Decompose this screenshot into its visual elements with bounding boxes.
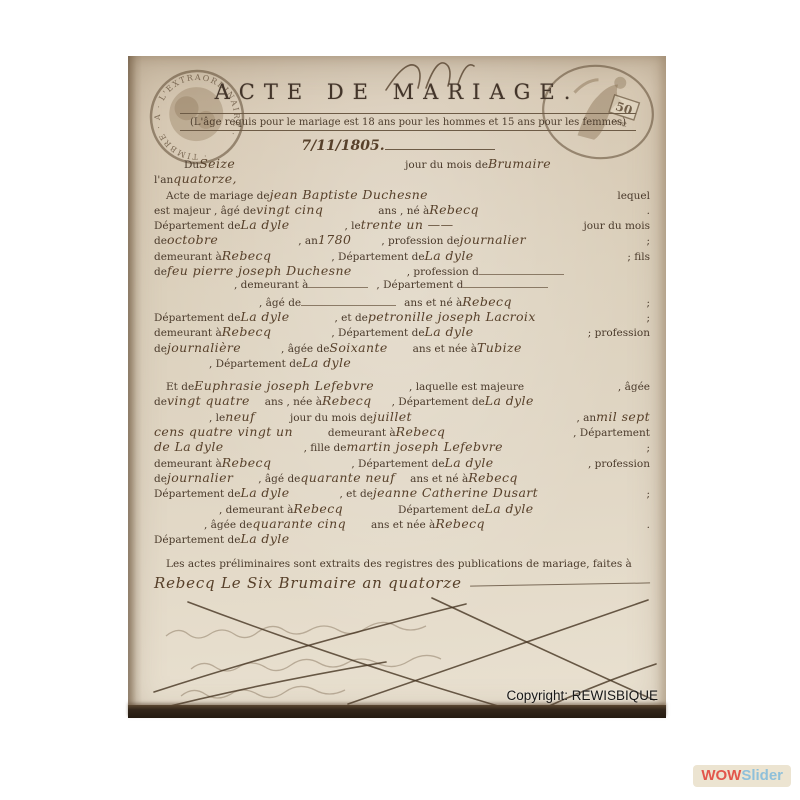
document-line: , Département de La dyle [154, 355, 650, 370]
document-lines: Du Seizejour du mois de Brumairel'an qua… [154, 156, 650, 598]
printed-text: , fille de [304, 441, 347, 456]
document-line: demeurant à Rebecq, Département de La dy… [154, 455, 650, 470]
copyright-label: Copyright: REWISBIQUE [506, 688, 658, 703]
printed-text: , âgée [618, 380, 650, 395]
printed-text: ; fils [627, 250, 650, 265]
document-line: de La dyle, fille de martin joseph Lefeb… [154, 439, 650, 454]
printed-text: ans , née à [265, 395, 322, 410]
handwritten-text: journalière [167, 340, 241, 355]
handwritten-text: quatorze, [173, 171, 237, 186]
handwritten-text: Brumaire [488, 156, 551, 171]
handwritten-text: jean Baptiste Duchesne [270, 187, 428, 202]
document-line: , demeurant à RebecqDépartement de La dy… [154, 501, 650, 516]
handwritten-text: neuf [225, 409, 255, 424]
handwritten-text: La dyle [241, 485, 290, 500]
blank-field [308, 278, 368, 288]
handwritten-text: La dyle [302, 355, 351, 370]
handwritten-text: Rebecq [468, 470, 518, 485]
printed-text: , profession [588, 457, 650, 472]
printed-text: , an [576, 411, 596, 426]
handwritten-text: vingt quatre [167, 393, 250, 408]
printed-text: , et de [335, 311, 368, 326]
document-line: Département de La dyle, et de petronille… [154, 309, 650, 324]
handwritten-text: Rebecq [293, 501, 343, 516]
printed-text: , demeurant à [234, 278, 308, 293]
printed-text: , Département [573, 426, 650, 441]
printed-text: Acte de mariage de [166, 189, 270, 204]
handwritten-text: 1780 [318, 232, 351, 247]
rule-line [385, 139, 495, 150]
document-line: de vingt quatreans , née à Rebecq, Dépar… [154, 393, 650, 408]
handwritten-text: La dyle [485, 393, 534, 408]
wowslider-watermark[interactable]: WOWSlider [693, 765, 791, 787]
handwritten-text: La dyle [485, 501, 534, 516]
handwritten-text: mil sept [596, 409, 650, 424]
printed-text: jour du mois de [290, 411, 373, 426]
document-line: , le neufjour du mois de juillet, an mil… [154, 409, 650, 424]
handwritten-text: La dyle [241, 309, 290, 324]
printed-text: de [154, 472, 167, 487]
handwritten-text: Seize [199, 156, 235, 171]
printed-text: de [154, 342, 167, 357]
blank-field [479, 265, 564, 275]
marriage-certificate-page: · TIMBRE · A · L'EXTRAORDINAIRE · 50 cen… [128, 56, 666, 718]
handwritten-text: quarante neuf [300, 470, 395, 485]
document-line: de journalière, âgée de Soixanteans et n… [154, 340, 650, 355]
printed-text: ans et née à [371, 518, 435, 533]
printed-text: l'an [154, 173, 173, 188]
document-line: Les actes préliminaires sont extraits de… [154, 557, 650, 572]
document-line: est majeur , âgé de vingt cinqans , né à… [154, 202, 650, 217]
printed-text: . [647, 518, 650, 533]
blank-field [301, 296, 396, 306]
handwritten-text: Euphrasie joseph Lefebvre [194, 378, 374, 393]
blank-field [463, 278, 548, 288]
printed-text: lequel [617, 189, 650, 204]
handwritten-text: journalier [167, 470, 233, 485]
handwritten-date: 7/11/1805. [238, 138, 558, 154]
printed-text: ; [646, 296, 650, 311]
printed-text: , Département de [209, 357, 302, 372]
handwritten-text: Rebecq [396, 424, 446, 439]
document-line: Département de La dyle [154, 531, 650, 546]
handwritten-text: La dyle [425, 324, 474, 339]
document-line: , âgée de quarante cinqans et née à Rebe… [154, 516, 650, 531]
handwritten-text: Tubize [477, 340, 522, 355]
document-line: , demeurant à , Département d [154, 278, 650, 293]
printed-text: , an [298, 234, 318, 249]
document-line: Département de La dyle, le trente un ——j… [154, 217, 650, 232]
printed-text: , et de [340, 487, 373, 502]
printed-text: de [154, 265, 167, 280]
handwritten-text: feu pierre joseph Duchesne [167, 263, 352, 278]
document-line: cens quatre vingt undemeurant à Rebecq, … [154, 424, 650, 439]
printed-text: . [647, 204, 650, 219]
document-line: demeurant à Rebecq, Département de La dy… [154, 248, 650, 263]
handwritten-text: Rebecq [429, 202, 479, 217]
printed-text: ; [646, 487, 650, 502]
document-line: Du Seizejour du mois de Brumaire [154, 156, 650, 171]
handwritten-text: octobre [167, 232, 218, 247]
watermark-slider-text: Slider [741, 767, 783, 784]
handwritten-text: quarante cinq [252, 516, 346, 531]
handwritten-text: juillet [373, 409, 412, 424]
document-line: Acte de mariage de jean Baptiste Duchesn… [154, 187, 650, 202]
document-line: demeurant à Rebecq, Département de La dy… [154, 324, 650, 339]
printed-text: ; [646, 234, 650, 249]
printed-text: ; profession [588, 326, 650, 341]
printed-text: ans et née à [413, 342, 477, 357]
handwritten-text: vingt cinq [256, 202, 323, 217]
document-line: de octobre, an 1780, profession de journ… [154, 232, 650, 247]
handwritten-text: La dyle [241, 217, 290, 232]
handwritten-text: petronille joseph Lacroix [368, 309, 536, 324]
handwritten-text: Rebecq [462, 294, 512, 309]
document-title: ACTE DE MARIAGE. [128, 80, 666, 104]
handwritten-text: trente un —— [361, 217, 454, 232]
handwritten-text: martin joseph Lefebvre [346, 439, 503, 454]
handwritten-text: Soixante [329, 340, 387, 355]
printed-text: , Département d [376, 278, 463, 293]
handwritten-text: jeanne Catherine Dusart [373, 485, 538, 500]
document-line: , âgé de ans et né à Rebecq; [154, 294, 650, 309]
handwritten-text: La dyle [241, 531, 290, 546]
document-line: Département de La dyle, et de jeanne Cat… [154, 485, 650, 500]
printed-text: de [154, 234, 167, 249]
document-line: l'an quatorze, [154, 171, 650, 186]
handwritten-text: Rebecq [222, 455, 272, 470]
document-line: de journalier, âgé de quarante neufans e… [154, 470, 650, 485]
printed-text: Département de [154, 533, 241, 548]
handwritten-text: de La dyle [154, 439, 224, 454]
document-line: de feu pierre joseph Duchesne, professio… [154, 263, 650, 278]
handwritten-text: La dyle [445, 455, 494, 470]
printed-text: jour du mois de [405, 158, 488, 173]
handwritten-text: cens quatre vingt un [154, 424, 293, 439]
handwritten-text: journalier [460, 232, 526, 247]
age-requirement-note: (L'âge requis pour le mariage est 18 ans… [180, 113, 636, 131]
printed-text: Les actes préliminaires sont extraits de… [166, 557, 632, 572]
printed-text: jour du mois [583, 219, 650, 234]
handwritten-text: Rebecq [222, 248, 272, 263]
printed-text: ; [646, 311, 650, 326]
handwritten-text: Rebecq [435, 516, 485, 531]
document-line: Et de Euphrasie joseph Lefebvre, laquell… [154, 378, 650, 393]
watermark-wow-text: WOW [701, 767, 741, 784]
handwritten-date-text: 7/11/1805. [301, 138, 384, 154]
printed-text: ; [646, 441, 650, 456]
handwritten-text: La dyle [425, 248, 474, 263]
handwritten-text: Rebecq [222, 324, 272, 339]
printed-text: de [154, 395, 167, 410]
handwritten-text: Rebecq [322, 393, 372, 408]
printed-text: Département de [154, 487, 241, 502]
